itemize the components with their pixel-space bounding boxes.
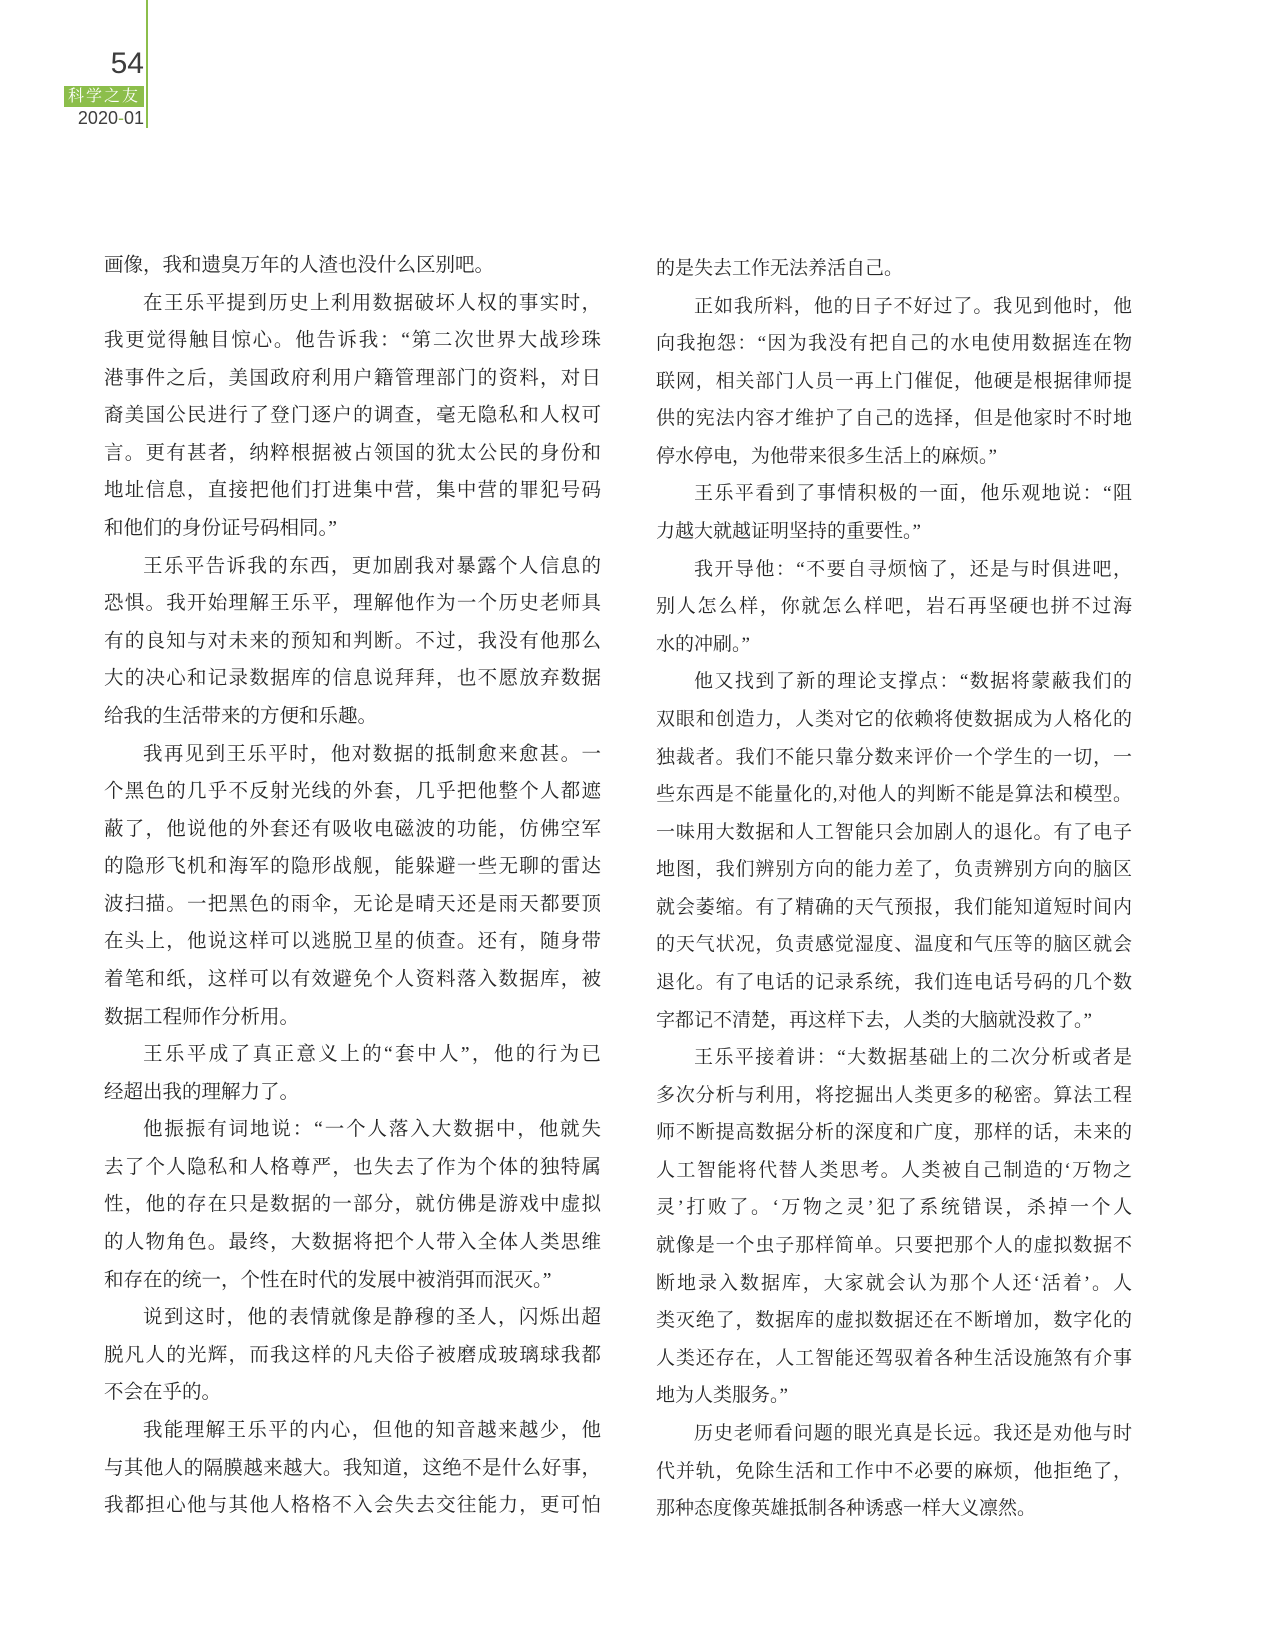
text-line: 退化。有了电话的记录系统，我们连电话号码的几个数 xyxy=(656,964,1132,1002)
text-line: 和存在的统一，个性在时代的发展中被消弭而泯灭。” xyxy=(104,1262,601,1300)
text-line: 在头上，他说这样可以逃脱卫星的侦查。还有，随身带 xyxy=(104,923,601,961)
page-number: 54 xyxy=(0,49,144,79)
text-line: 人类还存在，人工智能还驾驭着各种生活设施煞有介事 xyxy=(656,1340,1132,1378)
text-line: 些东西是不能量化的,对他人的判断不能是算法和模型。 xyxy=(656,776,1132,814)
text-line: 我开导他：“不要自寻烦恼了，还是与时俱进吧， xyxy=(656,551,1132,589)
text-line: 着笔和纸，这样可以有效避免个人资料落入数据库，被 xyxy=(104,961,601,999)
text-line: 大的决心和记录数据库的信息说拜拜，也不愿放弃数据 xyxy=(104,660,601,698)
text-line: 停水停电，为他带来很多生活上的麻烦。” xyxy=(656,438,1132,476)
text-line: 去了个人隐私和人格尊严，也失去了作为个体的独特属 xyxy=(104,1149,601,1187)
text-line: 个黑色的几乎不反射光线的外套，几乎把他整个人都遮 xyxy=(104,773,601,811)
text-line: 我能理解王乐平的内心，但他的知音越来越少，他 xyxy=(104,1412,601,1450)
text-line: 力越大就越证明坚持的重要性。” xyxy=(656,513,1132,551)
text-line: 断地录入数据库，大家就会认为那个人还‘活着’。人 xyxy=(656,1265,1132,1303)
text-line: 地址信息，直接把他们打进集中营，集中营的罪犯号码 xyxy=(104,472,601,510)
text-line: 性，他的存在只是数据的一部分，就仿佛是游戏中虚拟 xyxy=(104,1186,601,1224)
magazine-page: { "colors": { "accent_green": "#8cbe4b" … xyxy=(0,0,1270,1642)
article-text-column-left: 画像，我和遗臭万年的人渣也没什么区别吧。在王乐平提到历史上利用数据破坏人权的事实… xyxy=(104,247,601,1525)
text-line: 就会萎缩。有了精确的天气预报，我们能知道短时间内 xyxy=(656,889,1132,927)
text-line: 师不断提高数据分析的深度和广度，那样的话，未来的 xyxy=(656,1114,1132,1152)
text-line: 就像是一个虫子那样简单。只要把那个人的虚拟数据不 xyxy=(656,1227,1132,1265)
text-line: 的天气状况，负责感觉湿度、温度和气压等的脑区就会 xyxy=(656,926,1132,964)
text-line: 我更觉得触目惊心。他告诉我：“第二次世界大战珍珠 xyxy=(104,322,601,360)
article-text-column-right: 的是失去工作无法养活自己。正如我所料，他的日子不好过了。我见到他时，他向我抱怨：… xyxy=(656,250,1132,1528)
text-line: 联网，相关部门人员一再上门催促，他硬是根据律师提 xyxy=(656,363,1132,401)
text-line: 别人怎么样，你就怎么样吧，岩石再坚硬也拼不过海 xyxy=(656,588,1132,626)
text-line: 的人物角色。最终，大数据将把个人带入全体人类思维 xyxy=(104,1224,601,1262)
text-line: 数据工程师作分析用。 xyxy=(104,999,601,1037)
text-line: 的是失去工作无法养活自己。 xyxy=(656,250,1132,288)
text-line: 港事件之后，美国政府利用户籍管理部门的资料，对日 xyxy=(104,360,601,398)
text-line: 向我抱怨：“因为我没有把自己的水电使用数据连在物 xyxy=(656,325,1132,363)
magazine-name-badge: 科学之友 xyxy=(64,86,144,107)
text-line: 恐惧。我开始理解王乐平，理解他作为一个历史老师具 xyxy=(104,585,601,623)
text-line: 有的良知与对未来的预知和判断。不过，我没有他那么 xyxy=(104,623,601,661)
text-line: 的隐形飞机和海军的隐形战舰，能躲避一些无聊的雷达 xyxy=(104,848,601,886)
text-line: 历史老师看问题的眼光真是长远。我还是劝他与时 xyxy=(656,1415,1132,1453)
text-line: 多次分析与利用，将挖掘出人类更多的秘密。算法工程 xyxy=(656,1077,1132,1115)
text-line: 地图，我们辨别方向的能力差了，负责辨别方向的脑区 xyxy=(656,851,1132,889)
brand-divider-line xyxy=(146,0,148,128)
text-line: 字都记不清楚，再这样下去，人类的大脑就没救了。” xyxy=(656,1002,1132,1040)
text-line: 正如我所料，他的日子不好过了。我见到他时，他 xyxy=(656,288,1132,326)
text-line: 双眼和创造力，人类对它的依赖将使数据成为人格化的 xyxy=(656,701,1132,739)
text-line: 我再见到王乐平时，他对数据的抵制愈来愈甚。一 xyxy=(104,736,601,774)
text-line: 言。更有甚者，纳粹根据被占领国的犹太公民的身份和 xyxy=(104,435,601,473)
text-line: 供的宪法内容才维护了自己的选择，但是他家时不时地 xyxy=(656,400,1132,438)
text-line: 不会在乎的。 xyxy=(104,1374,601,1412)
issue-number: 01 xyxy=(124,108,144,128)
text-line: 脱凡人的光辉，而我这样的凡夫俗子被磨成玻璃球我都 xyxy=(104,1337,601,1375)
text-line: 地为人类服务。” xyxy=(656,1377,1132,1415)
issue-date: 2020-01 xyxy=(0,109,144,127)
text-line: 裔美国公民进行了登门逐户的调查，毫无隐私和人权可 xyxy=(104,397,601,435)
text-line: 波扫描。一把黑色的雨伞，无论是晴天还是雨天都要顶 xyxy=(104,886,601,924)
text-line: 王乐平成了真正意义上的“套中人”，他的行为已 xyxy=(104,1036,601,1074)
text-line: 独裁者。我们不能只靠分数来评价一个学生的一切，一 xyxy=(656,739,1132,777)
text-line: 他又找到了新的理论支撑点：“数据将蒙蔽我们的 xyxy=(656,663,1132,701)
text-line: 和他们的身份证号码相同。” xyxy=(104,510,601,548)
text-line: 类灭绝了，数据库的虚拟数据还在不断增加，数字化的 xyxy=(656,1302,1132,1340)
text-line: 王乐平看到了事情积极的一面，他乐观地说：“阻 xyxy=(656,475,1132,513)
text-line: 与其他人的隔膜越来越大。我知道，这绝不是什么好事， xyxy=(104,1450,601,1488)
text-line: 水的冲刷。” xyxy=(656,626,1132,664)
text-line: 一味用大数据和人工智能只会加剧人的退化。有了电子 xyxy=(656,814,1132,852)
text-line: 王乐平告诉我的东西，更加剧我对暴露个人信息的 xyxy=(104,548,601,586)
text-line: 蔽了，他说他的外套还有吸收电磁波的功能，仿佛空军 xyxy=(104,811,601,849)
text-line: 那种态度像英雄抵制各种诱惑一样大义凛然。 xyxy=(656,1490,1132,1528)
text-line: 代并轨，免除生活和工作中不必要的麻烦，他拒绝了， xyxy=(656,1453,1132,1491)
text-line: 说到这时，他的表情就像是静穆的圣人，闪烁出超 xyxy=(104,1299,601,1337)
issue-year: 2020 xyxy=(78,108,118,128)
text-line: 他振振有词地说：“一个人落入大数据中，他就失 xyxy=(104,1111,601,1149)
text-line: 经超出我的理解力了。 xyxy=(104,1074,601,1112)
text-line: 给我的生活带来的方便和乐趣。 xyxy=(104,698,601,736)
text-line: 我都担心他与其他人格格不入会失去交往能力，更可怕 xyxy=(104,1487,601,1525)
text-line: 在王乐平提到历史上利用数据破坏人权的事实时， xyxy=(104,285,601,323)
text-line: 画像，我和遗臭万年的人渣也没什么区别吧。 xyxy=(104,247,601,285)
text-line: 人工智能将代替人类思考。人类被自己制造的‘万物之 xyxy=(656,1152,1132,1190)
text-line: 灵’打败了。‘万物之灵’犯了系统错误，杀掉一个人 xyxy=(656,1189,1132,1227)
text-line: 王乐平接着讲：“大数据基础上的二次分析或者是 xyxy=(656,1039,1132,1077)
